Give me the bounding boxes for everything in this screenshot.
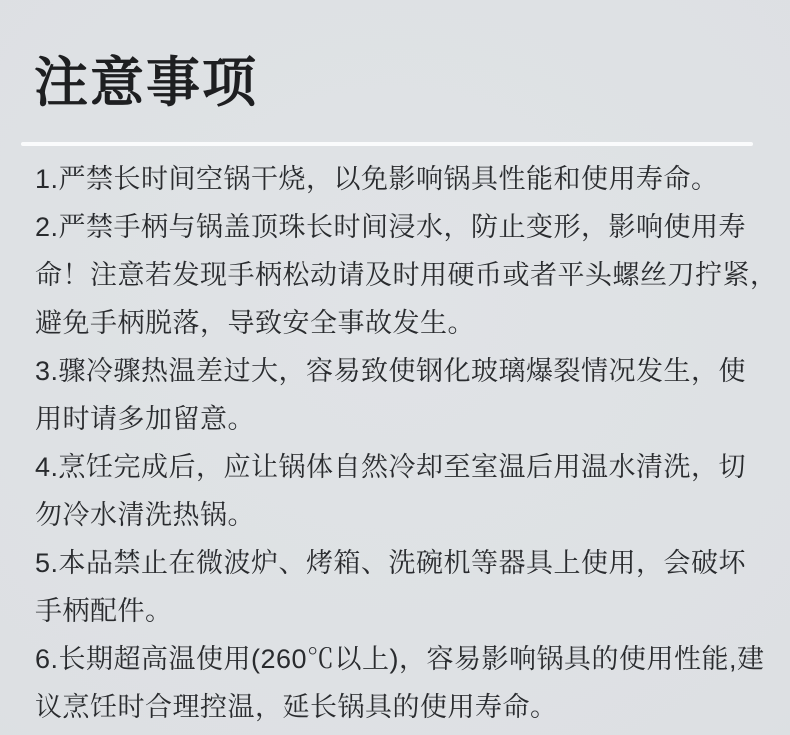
note-item-3: 3.骤冷骤热温差过大，容易致使钢化玻璃爆裂情况发生，使用时请多加留意。 [35, 347, 759, 443]
note-line: 6.长期超高温使用(260℃以上)，容易影响锅具的使用性能,建 [35, 635, 759, 683]
note-line: 2.严禁手柄与锅盖顶珠长时间浸水，防止变形，影响使用寿 [35, 203, 759, 251]
note-line: 命！注意若发现手柄松动请及时用硬币或者平头螺丝刀拧紧， [35, 251, 759, 299]
note-line: 5.本品禁止在微波炉、烤箱、洗碗机等器具上使用，会破坏 [35, 539, 759, 587]
precautions-section: 注意事项 1.严禁长时间空锅干烧，以免影响锅具性能和使用寿命。2.严禁手柄与锅盖… [0, 0, 790, 735]
divider-line [21, 142, 753, 146]
note-line: 避免手柄脱落，导致安全事故发生。 [35, 299, 759, 347]
note-line: 4.烹饪完成后，应让锅体自然冷却至室温后用温水清洗，切 [35, 443, 759, 491]
note-item-2: 2.严禁手柄与锅盖顶珠长时间浸水，防止变形，影响使用寿命！注意若发现手柄松动请及… [35, 203, 759, 347]
note-line: 手柄配件。 [35, 587, 759, 635]
page-background: { "page": { "background_color": "#dde0e3… [0, 0, 790, 735]
note-item-4: 4.烹饪完成后，应让锅体自然冷却至室温后用温水清洗，切勿冷水清洗热锅。 [35, 443, 759, 539]
note-line: 用时请多加留意。 [35, 395, 759, 443]
note-line: 3.骤冷骤热温差过大，容易致使钢化玻璃爆裂情况发生，使 [35, 347, 759, 395]
section-title: 注意事项 [34, 56, 258, 110]
note-line: 勿冷水清洗热锅。 [35, 491, 759, 539]
notes-list: 1.严禁长时间空锅干烧，以免影响锅具性能和使用寿命。2.严禁手柄与锅盖顶珠长时间… [35, 155, 759, 731]
note-line: 议烹饪时合理控温，延长锅具的使用寿命。 [35, 683, 759, 731]
note-line: 1.严禁长时间空锅干烧，以免影响锅具性能和使用寿命。 [35, 155, 759, 203]
note-item-1: 1.严禁长时间空锅干烧，以免影响锅具性能和使用寿命。 [35, 155, 759, 203]
note-item-6: 6.长期超高温使用(260℃以上)，容易影响锅具的使用性能,建议烹饪时合理控温，… [35, 635, 759, 731]
note-item-5: 5.本品禁止在微波炉、烤箱、洗碗机等器具上使用，会破坏手柄配件。 [35, 539, 759, 635]
